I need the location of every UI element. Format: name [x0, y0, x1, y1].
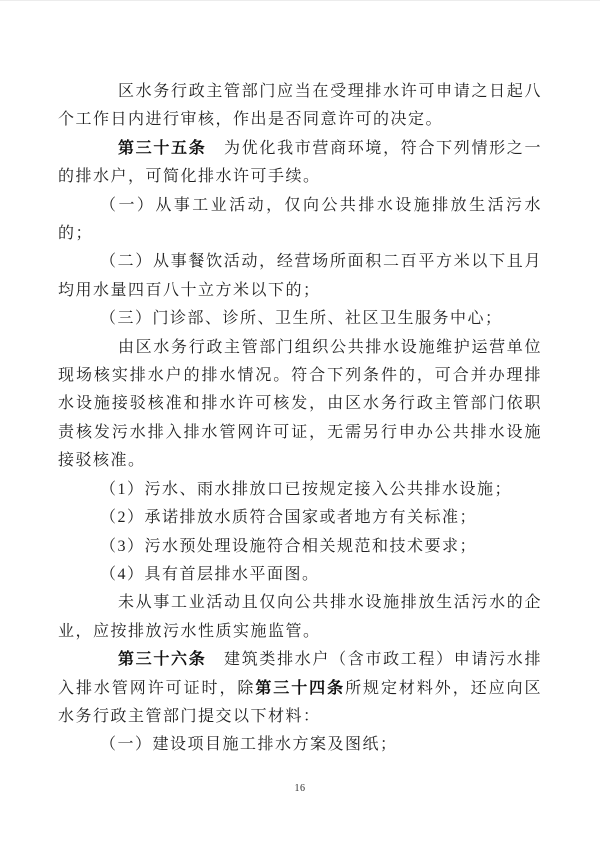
paragraph-item: （4）具有首层排水平面图。	[58, 561, 542, 589]
paragraph-normal: 未从事工业活动且仅向公共排水设施排放生活污水的企业，应按排放污水性质实施监管。	[58, 589, 542, 646]
document-body: 区水务行政主管部门应当在受理排水许可申请之日起八个工作日内进行审核，作出是否同意…	[58, 78, 542, 760]
document-page: 区水务行政主管部门应当在受理排水许可申请之日起八个工作日内进行审核，作出是否同意…	[0, 0, 600, 848]
text-segment: 未从事工业活动且仅向公共排水设施排放生活污水的企业，应按排放污水性质实施监管。	[58, 594, 542, 639]
page-number: 16	[0, 783, 600, 794]
text-segment: （二）从事餐饮活动，经营场所面积二百平方米以下且月均用水量四百八十立方米以下的；	[58, 253, 542, 298]
paragraph-item: （一）从事工业活动，仅向公共排水设施排放生活污水的；	[58, 192, 542, 249]
paragraph-normal: 区水务行政主管部门应当在受理排水许可申请之日起八个工作日内进行审核，作出是否同意…	[58, 78, 542, 135]
paragraph-item: （一）建设项目施工排水方案及图纸；	[58, 731, 542, 759]
text-segment: （一）从事工业活动，仅向公共排水设施排放生活污水的；	[58, 197, 542, 242]
paragraph-item: （1）污水、雨水排放口已按规定接入公共排水设施；	[58, 476, 542, 504]
paragraph-article: 第三十五条 为优化我市营商环境，符合下列情形之一的排水户，可简化排水许可手续。	[58, 135, 542, 192]
bold-text-segment: 第三十六条	[118, 651, 206, 668]
paragraph-item: （三）门诊部、诊所、卫生所、社区卫生服务中心；	[58, 305, 542, 333]
text-segment: （一）建设项目施工排水方案及图纸；	[100, 736, 398, 753]
paragraph-item: （3）污水预处理设施符合相关规范和技术要求；	[58, 533, 542, 561]
text-segment: （1）污水、雨水排放口已按规定接入公共排水设施；	[100, 481, 512, 498]
paragraph-item: （二）从事餐饮活动，经营场所面积二百平方米以下且月均用水量四百八十立方米以下的；	[58, 248, 542, 305]
text-segment: （3）污水预处理设施符合相关规范和技术要求；	[100, 538, 477, 555]
text-segment: （4）具有首层排水平面图。	[100, 566, 320, 583]
bold-text-segment: 第三十四条	[255, 680, 345, 697]
text-segment: （三）门诊部、诊所、卫生所、社区卫生服务中心；	[100, 310, 503, 327]
bold-text-segment: 第三十五条	[118, 140, 206, 157]
text-segment: 由区水务行政主管部门组织公共排水设施维护运营单位现场核实排水户的排水情况。符合下…	[58, 339, 542, 470]
text-segment: 区水务行政主管部门应当在受理排水许可申请之日起八个工作日内进行审核，作出是否同意…	[58, 83, 542, 128]
paragraph-article: 第三十六条 建筑类排水户（含市政工程）申请污水排入排水管网许可证时，除第三十四条…	[58, 646, 542, 731]
text-segment: （2）承诺排放水质符合国家或者地方有关标准；	[100, 509, 477, 526]
paragraph-normal: 由区水务行政主管部门组织公共排水设施维护运营单位现场核实排水户的排水情况。符合下…	[58, 334, 542, 476]
paragraph-item: （2）承诺排放水质符合国家或者地方有关标准；	[58, 504, 542, 532]
